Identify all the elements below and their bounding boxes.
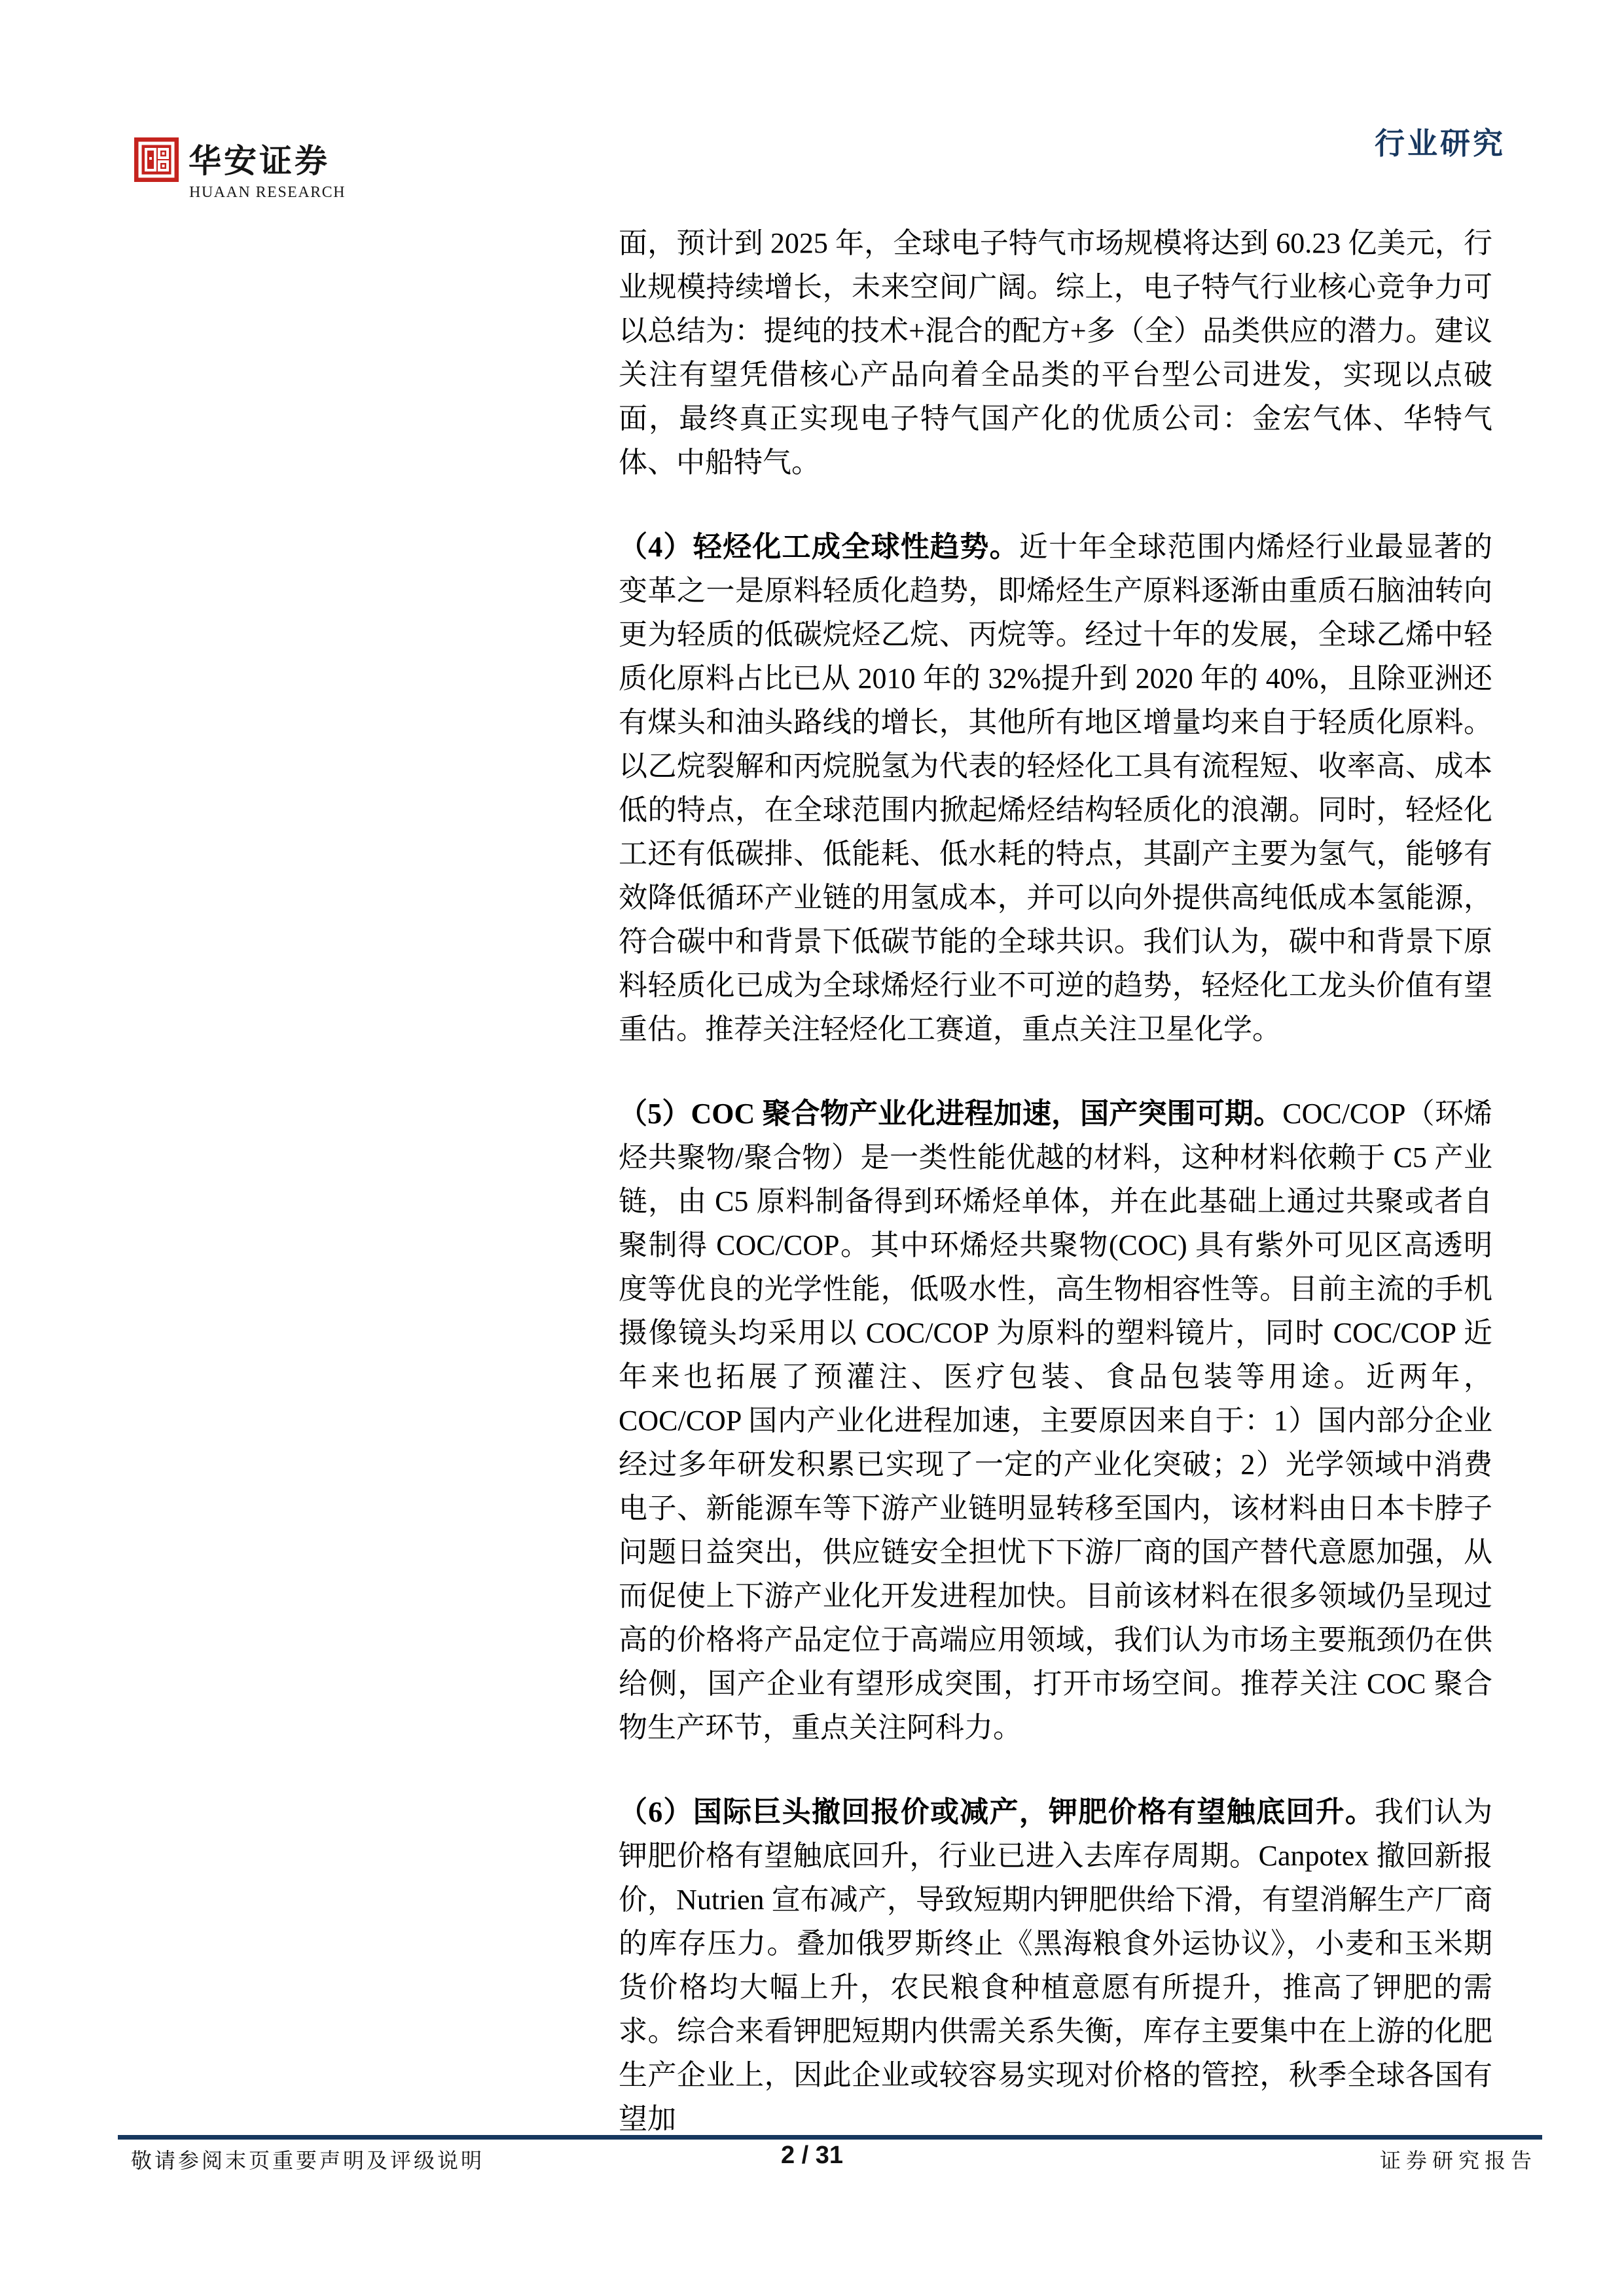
paragraph-text: COC/COP（环烯烃共聚物/聚合物）是一类性能优越的材料，这种材料依赖于 C5… [619,1098,1492,1744]
footer-report-type: 证券研究报告 [1380,2144,1537,2174]
brand-name-cn: 华安证券 [189,135,339,182]
brand-name-en: HUAAN RESEARCH [189,184,346,202]
paragraph-5: （5）COC 聚合物产业化进程加速，国产突围可期。COC/COP（环烯烃共聚物/… [619,1092,1492,1749]
paragraph-4: （4）轻烃化工成全球性趋势。近十年全球范围内烯烃行业最显著的变革之一是原料轻质化… [619,525,1492,1051]
report-category-label: 行业研究 [1375,120,1506,163]
paragraph-continuation: 面，预计到 2025 年，全球电子特气市场规模将达到 60.23 亿美元，行业规… [619,221,1492,484]
paragraph-lead: （4）轻烃化工成全球性趋势。 [619,531,1019,563]
paragraph-lead: （6）国际巨头撤回报价或减产，钾肥价格有望触底回升。 [619,1796,1375,1828]
huaan-seal-icon [134,137,179,182]
paragraph-text: 近十年全球范围内烯烃行业最显著的变革之一是原料轻质化趋势，即烯烃生产原料逐渐由重… [619,531,1492,1045]
report-page: 华安证券 HUAAN RESEARCH 行业研究 面，预计到 2025 年，全球… [0,0,1624,2296]
report-body: 面，预计到 2025 年，全球电子特气市场规模将达到 60.23 亿美元，行业规… [619,221,1492,2141]
paragraph-6: （6）国际巨头撤回报价或减产，钾肥价格有望触底回升。我们认为钾肥价格有望触底回升… [619,1790,1492,2141]
paragraph-lead: （5）COC 聚合物产业化进程加速，国产突围可期。 [619,1098,1282,1130]
paragraph-text: 我们认为钾肥价格有望触底回升，行业已进入去库存周期。Canpotex 撤回新报价… [619,1796,1492,2135]
footer-divider [118,2135,1542,2140]
paragraph-text: 面，预计到 2025 年，全球电子特气市场规模将达到 60.23 亿美元，行业规… [619,227,1492,478]
